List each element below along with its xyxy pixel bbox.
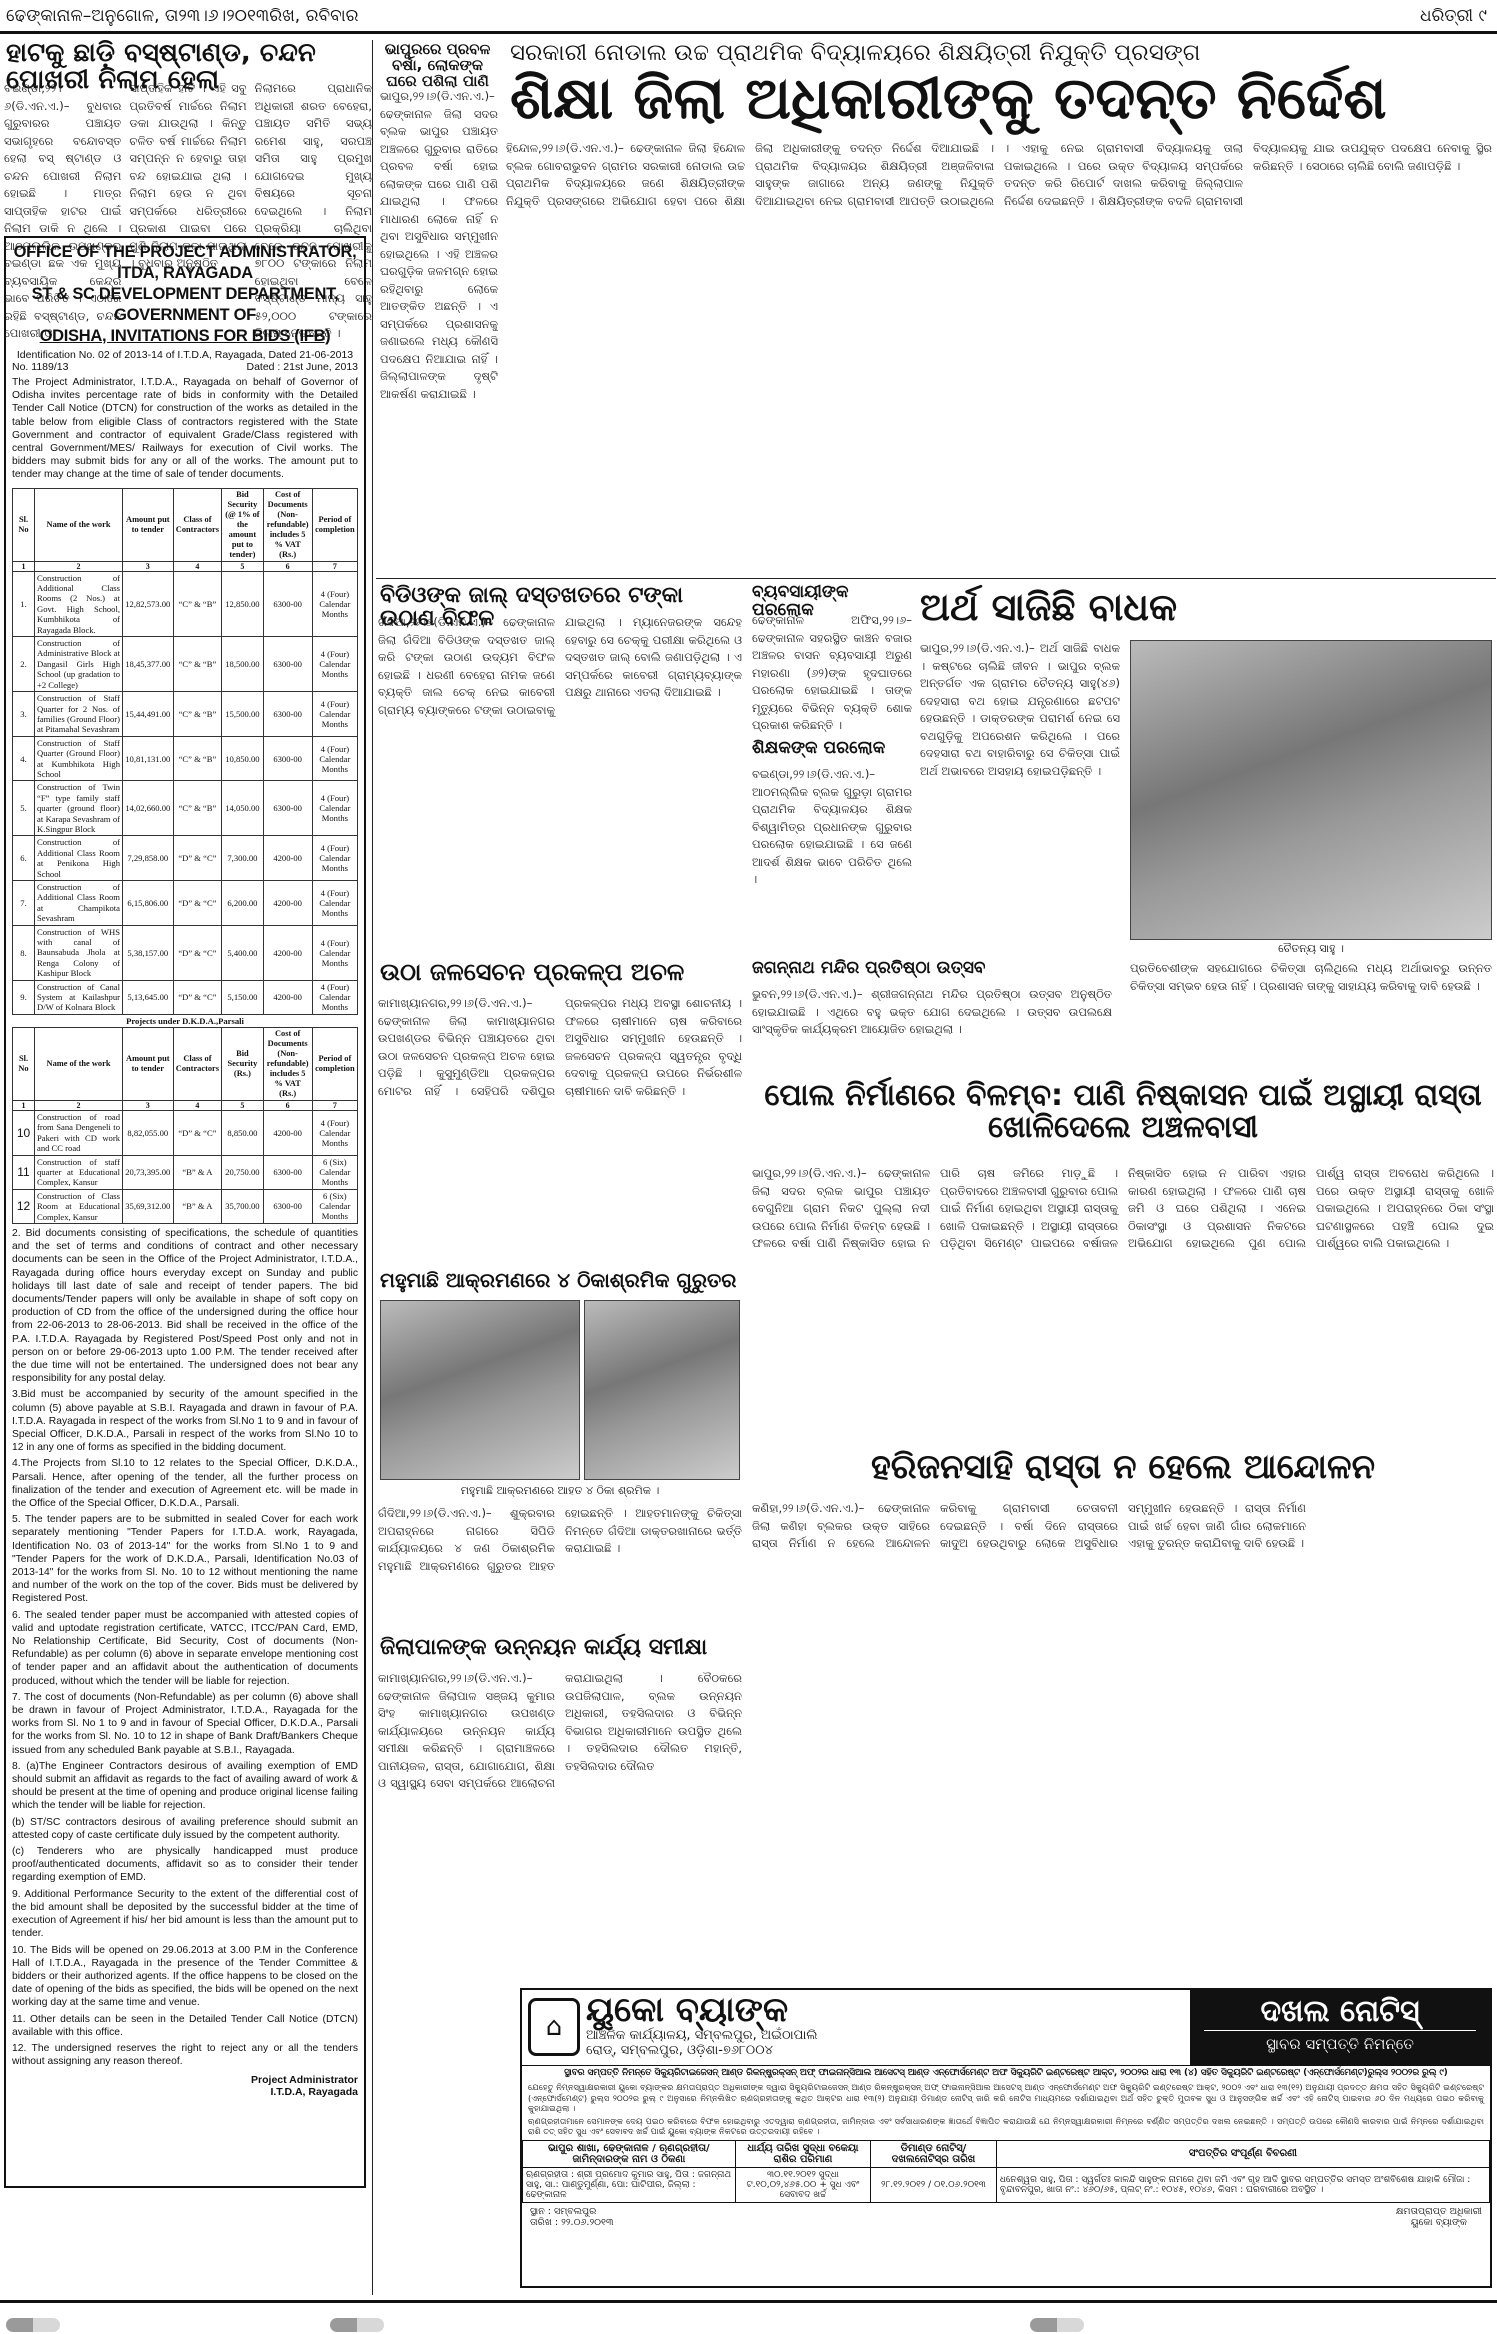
section-title: Projects under D.K.D.A.,Parsali bbox=[13, 1014, 358, 1027]
notice-para-1: ଯେହେତୁ ନିମ୍ନସ୍ୱାକ୍ଷରକାରୀ ୟୁକୋ ବ୍ୟାଙ୍କର କ… bbox=[522, 2081, 1490, 2115]
bank-address-2: ରୋଡ୍, ସମ୍ବଲପୁର, ଓଡ଼ିଶା-୭୬୮୦୦୪ bbox=[586, 2043, 818, 2058]
cell-amount: 14,02,660.00 bbox=[123, 781, 174, 836]
cell-class: “C” & “B” bbox=[173, 736, 222, 781]
cell-class: “D” & “C” bbox=[173, 881, 222, 926]
col-header: Name of the work bbox=[35, 488, 123, 561]
story1-body: ବଇଣ୍ଡା,୨୨।୬(ଡି.ଏନ.ଏ.)– ବୁଧବାର ଗୁରୁବାରର ପ… bbox=[4, 80, 372, 230]
table-header-row-2: Sl. No Name of the work Amount put to te… bbox=[13, 1027, 358, 1100]
signature-title: Project Administrator bbox=[12, 2074, 358, 2086]
cell-amount: 15,44,491.00 bbox=[123, 692, 174, 737]
place-date: ସ୍ଥାନ : ସମ୍ବଲପୁର ତାରିଖ : ୨୨.୦୬.୨୦୧୩ bbox=[530, 2206, 613, 2228]
place: ସ୍ଥାନ : ସମ୍ବଲପୁର bbox=[530, 2206, 613, 2217]
col-header: ସଂପତ୍ତିର ସଂପୂର୍ଣ୍ଣ ବିବରଣୀ bbox=[996, 2140, 1489, 2167]
table-row: 12Construction of Class Room at Educatio… bbox=[13, 1189, 358, 1223]
tender-ref-row: No. 1189/13 Dated : 21st June, 2013 bbox=[12, 361, 358, 373]
notice-table-row: ଋଣଗ୍ରହୀତା : ଶ୍ରୀ ପ୍ରମୋଦ କୁମାର ସାହୁ, ପିତା… bbox=[523, 2167, 1490, 2202]
notice-subtitle: ସ୍ଥାବର ସମ୍ପତ୍ତି ନିମନ୍ତେ bbox=[1190, 2031, 1490, 2057]
cell-cost: 6300-00 bbox=[263, 736, 312, 781]
story11-photo-1 bbox=[380, 1300, 580, 1480]
tender-clause: 10. The Bids will be opened on 29.06.201… bbox=[12, 1944, 358, 2010]
story13-text: କଣିହା,୨୨।୬(ଡି.ଏନ.ଏ.)– ଢେଙ୍କାନାଳ ଜିଲା କଣି… bbox=[752, 1500, 1306, 1553]
cell-period: 4 (Four) Calendar Months bbox=[312, 881, 357, 926]
cell-name: Construction of road from Sana Dengeneli… bbox=[35, 1110, 123, 1155]
story1-col2: ସାପ୍ତାହିକ ହାଟ । ଏହି ସବୁ ପ୍ରତିବର୍ଷ ମାର୍ଚ୍… bbox=[129, 80, 246, 230]
cell-class: “C” & “B” bbox=[173, 637, 222, 692]
story1-col3: ନିଲାମରେ ପ୍ରାଧାନିକ ଅଧିକାରୀ ଶରତ ବେହେରା, ପଞ… bbox=[255, 80, 372, 230]
authority: କ୍ଷମତାପ୍ରାପ୍ତ ଅଧିକାରୀ ୟୁକୋ ବ୍ୟାଙ୍କ bbox=[1396, 2206, 1482, 2228]
cell-sl: 8. bbox=[13, 925, 35, 980]
col-num: 6 bbox=[263, 561, 312, 571]
col-header: Class of Contractors bbox=[173, 1027, 222, 1100]
cell-security: 10,850.00 bbox=[222, 736, 263, 781]
cell-sl: 3. bbox=[13, 692, 35, 737]
story3-kicker: ସରକାରୀ ନୋଡାଲ ଉଚ୍ଚ ପ୍ରାଥମିକ ବିଦ୍ୟାଳୟରେ ଶି… bbox=[510, 40, 1495, 66]
story7-caption: ଚୈତନ୍ୟ ସାହୁ । bbox=[1130, 942, 1492, 956]
cell-amount: 7,29,858.00 bbox=[123, 836, 174, 881]
notice-footer: ସ୍ଥାନ : ସମ୍ବଲପୁର ତାରିଖ : ୨୨.୦୬.୨୦୧୩ କ୍ଷମ… bbox=[522, 2203, 1490, 2231]
cell-name: Construction of Staff Quarter for 2 Nos.… bbox=[35, 692, 123, 737]
story7-body: ଭାପୁର,୨୨।୬(ଡି.ଏନ.ଏ.)– ଅର୍ଥ ସାଜିଛି ବାଧକ ।… bbox=[920, 640, 1120, 940]
cell-sl: 12 bbox=[13, 1189, 35, 1223]
edition-date: ଢେଙ୍କାନାଳ–ଅନୁଗୋଳ, ତା୨୩।୬।୨୦୧୩ରିଖ, ରବିବାର bbox=[6, 6, 358, 26]
story4-text: ଗଁଦିଆ,୨୨।୬(ଡି.ଏନ.ଏ.)– ଢେଙ୍କାନାଳ ଜିଲା ଗଁଦ… bbox=[378, 614, 742, 719]
bank-identity: ୟୁକୋ ବ୍ୟାଙ୍କ ଆଞ୍ଚଳିକ କାର୍ଯ୍ୟାଳୟ, ସମ୍ବଲପୁ… bbox=[586, 1990, 818, 2065]
cell-security: 12,850.00 bbox=[222, 571, 263, 636]
col-header: Cost of Documents (Non-refundable) inclu… bbox=[263, 1027, 312, 1100]
story8-body: କାମାଖ୍ୟାନଗର,୨୨।୬(ଡି.ଏନ.ଏ.)– ଢେଙ୍କାନାଳ ଜି… bbox=[378, 995, 742, 1265]
column-number-row: 1 2 3 4 5 6 7 bbox=[13, 561, 358, 571]
cell-security: 6,200.00 bbox=[222, 881, 263, 926]
story13-headline: ହରିଜନସାହି ରାସ୍ତା ନ ହେଲେ ଆନ୍ଦୋଳନ bbox=[752, 1450, 1494, 1486]
table-row: 9.Construction of Canal System at Kailas… bbox=[13, 980, 358, 1014]
col-header: Period of completion bbox=[312, 488, 357, 561]
cell-period: 4 (Four) Calendar Months bbox=[312, 571, 357, 636]
tender-clause: 4.The Projects from Sl.10 to 12 relates … bbox=[12, 1457, 358, 1510]
bank-logo-icon: ⌂ bbox=[528, 1998, 580, 2056]
tender-clause: (b) ST/SC contractors desirous of availi… bbox=[12, 1816, 358, 1842]
story10-text: ଭାପୁର,୨୨।୬(ଡି.ଏନ.ଏ.)– ଢେଙ୍କାନାଳ ଜିଲା ସଦର… bbox=[752, 1165, 1494, 1253]
bank-header: ⌂ ୟୁକୋ ବ୍ୟାଙ୍କ ଆଞ୍ଚଳିକ କାର୍ଯ୍ୟାଳୟ, ସମ୍ବଲ… bbox=[522, 1990, 1490, 2066]
cell-sl: 5. bbox=[13, 781, 35, 836]
bank-name: ୟୁକୋ ବ୍ୟାଙ୍କ bbox=[586, 1992, 818, 2028]
story11-text: ଗଁଦିଆ,୨୨।୬(ଡି.ଏନ.ଏ.)– ଶୁକ୍ରବାର ଅପରାହ୍ନରେ… bbox=[378, 1505, 742, 1575]
cell-sl: 6. bbox=[13, 836, 35, 881]
col-header: Bid Security (@ 1% of the amount put to … bbox=[222, 488, 263, 561]
cell-period: 6 (Six) Calendar Months bbox=[312, 1155, 357, 1189]
cell-cost: 6300-00 bbox=[263, 781, 312, 836]
tender-ref-no: No. 1189/13 bbox=[12, 361, 68, 373]
story11-body: ଗଁଦିଆ,୨୨।୬(ଡି.ଏନ.ଏ.)– ଶୁକ୍ରବାର ଅପରାହ୍ନରେ… bbox=[378, 1505, 742, 1630]
cell-period: 4 (Four) Calendar Months bbox=[312, 836, 357, 881]
cell-name: Construction of Staff Quarter (Ground Fl… bbox=[35, 736, 123, 781]
tender-title-3-text: ODISHA, INVITATIONS FOR BIDS (IFB) bbox=[40, 327, 331, 345]
tender-clause: 7. The cost of documents (Non-Refundable… bbox=[12, 1691, 358, 1757]
col-num: 3 bbox=[123, 561, 174, 571]
tender-identification: Identification No. 02 of 2013-14 of I.T.… bbox=[12, 349, 358, 361]
cell-period: 6 (Six) Calendar Months bbox=[312, 1189, 357, 1223]
notice-table-header: ଭାପୁର ଶାଖା, ଢେଙ୍କାନାଳ / ଋଣଗ୍ରହୀତା/ଜାମିନ୍… bbox=[523, 2140, 1490, 2167]
column-divider bbox=[372, 40, 373, 2295]
col-num: 2 bbox=[35, 561, 123, 571]
cell-cost: 4200-00 bbox=[263, 925, 312, 980]
cell-period: 4 (Four) Calendar Months bbox=[312, 1110, 357, 1155]
cell-period: 4 (Four) Calendar Months bbox=[312, 925, 357, 980]
story8-headline: ଉଠା ଜଳସେଚନ ପ୍ରକଳ୍ପ ଅଚଳ bbox=[380, 960, 740, 985]
cell-amount: 20,73,395.00 bbox=[123, 1155, 174, 1189]
col-header: Cost of Documents (Non-refundable) inclu… bbox=[263, 488, 312, 561]
cell-class: “B” & A bbox=[173, 1155, 222, 1189]
cell-name: Construction of Twin “F” type family sta… bbox=[35, 781, 123, 836]
story4-body: ଗଁଦିଆ,୨୨।୬(ଡି.ଏନ.ଏ.)– ଢେଙ୍କାନାଳ ଜିଲା ଗଁଦ… bbox=[378, 614, 742, 954]
table-row: 11Construction of staff quarter at Educa… bbox=[13, 1155, 358, 1189]
property-cell: ଧନେଶ୍ୱର ସାହୁ, ପିତା : ସ୍ୱର୍ଗତଃ କାଳନ୍ଦି ସା… bbox=[996, 2167, 1489, 2202]
cell-amount: 6,15,806.00 bbox=[123, 881, 174, 926]
table-row: 8.Construction of WHS with canal of Baun… bbox=[13, 925, 358, 980]
cell-cost: 4200-00 bbox=[263, 980, 312, 1014]
story5-body: ଢେଙ୍କାନାଳ ଅଫିସ,୨୨।୬– ଢେଙ୍କାନାଳ ସହରସ୍ଥିତ … bbox=[752, 612, 912, 732]
story2-headline: ଭାପୁରରେ ପ୍ରବଳ ବର୍ଷା, ଲୋକଙ୍କ ଘରେ ପଶିଲା ପା… bbox=[380, 42, 495, 89]
table-row: 6.Construction of Additional Class Room … bbox=[13, 836, 358, 881]
cell-security: 15,500.00 bbox=[222, 692, 263, 737]
signature-office: I.T.D.A, Rayagada bbox=[12, 2086, 358, 2098]
story7-photo bbox=[1130, 640, 1492, 940]
story2-body: ଭାପୁର,୨୨।୬(ଡି.ଏନ.ଏ.)– ଢେଙ୍କାନାଳ ଜିଲା ସଦର… bbox=[380, 88, 498, 573]
col-header: Bid Security (Rs.) bbox=[222, 1027, 263, 1100]
cell-cost: 6300-00 bbox=[263, 571, 312, 636]
col-header: ଡିମାଣ୍ଡ ନୋଟିସ୍/ ଦଖଲନୋଟିସ୍‌ର ତାରିଖ bbox=[871, 2140, 997, 2167]
notice-table: ଭାପୁର ଶାଖା, ଢେଙ୍କାନାଳ / ଋଣଗ୍ରହୀତା/ଜାମିନ୍… bbox=[522, 2140, 1490, 2203]
story9-body: ଭୁବନ,୨୨।୬(ଡି.ଏନ.ଏ.)– ଶ୍ରୀଜଗନ୍ନାଥ ମନ୍ଦିର … bbox=[752, 986, 1112, 1076]
col-num: 7 bbox=[312, 1100, 357, 1110]
cell-cost: 6300-00 bbox=[263, 692, 312, 737]
cell-security: 5,400.00 bbox=[222, 925, 263, 980]
cell-sl: 4. bbox=[13, 736, 35, 781]
table-row: 4.Construction of Staff Quarter (Ground … bbox=[13, 736, 358, 781]
uco-bank-possession-notice: ⌂ ୟୁକୋ ବ୍ୟାଙ୍କ ଆଞ୍ଚଳିକ କାର୍ଯ୍ୟାଳୟ, ସମ୍ବଲ… bbox=[520, 1988, 1492, 2288]
table-row: 10Construction of road from Sana Dengene… bbox=[13, 1110, 358, 1155]
story11-headline: ମହୁମାଛି ଆକ୍ରମଣରେ ୪ ଠିକାଶ୍ରମିକ ଗୁରୁତର bbox=[380, 1270, 740, 1291]
col-num: 5 bbox=[222, 561, 263, 571]
cell-class: “C” & “B” bbox=[173, 781, 222, 836]
cell-period: 4 (Four) Calendar Months bbox=[312, 980, 357, 1014]
registration-mark bbox=[6, 2318, 60, 2332]
cell-amount: 18,45,377.00 bbox=[123, 637, 174, 692]
cell-period: 4 (Four) Calendar Months bbox=[312, 781, 357, 836]
story8-text: କାମାଖ୍ୟାନଗର,୨୨।୬(ଡି.ଏନ.ଏ.)– ଢେଙ୍କାନାଳ ଜି… bbox=[378, 995, 742, 1100]
registration-mark bbox=[1030, 2318, 1084, 2332]
tender-table-itda: Sl. No Name of the work Amount put to te… bbox=[12, 488, 358, 1224]
cell-class: “D” & “C” bbox=[173, 836, 222, 881]
cell-amount: 10,81,131.00 bbox=[123, 736, 174, 781]
story10-headline: ପୋଲ ନିର୍ମାଣରେ ବିଳମ୍ବ: ପାଣି ନିଷ୍କାସନ ପାଇଁ… bbox=[752, 1080, 1494, 1143]
tender-clause: 9. Additional Performance Security to th… bbox=[12, 1888, 358, 1941]
cell-name: Construction of staff quarter at Educati… bbox=[35, 1155, 123, 1189]
cell-cost: 4200-00 bbox=[263, 836, 312, 881]
page-bottom-rule bbox=[0, 2300, 1497, 2303]
col-num: 3 bbox=[123, 1100, 174, 1110]
notice-title-box: ଦଖଲ ନୋଟିସ୍ ସ୍ଥାବର ସମ୍ପତ୍ତି ନିମନ୍ତେ bbox=[1190, 1990, 1490, 2065]
tender-intro: The Project Administrator, I.T.D.A., Ray… bbox=[12, 376, 358, 482]
col-header: Sl. No bbox=[13, 488, 35, 561]
tender-clause: 5. The tender papers are to be submitted… bbox=[12, 1513, 358, 1605]
tender-signature: Project Administrator I.T.D.A, Rayagada bbox=[12, 2074, 358, 2098]
col-num: 4 bbox=[173, 1100, 222, 1110]
registration-mark bbox=[330, 2318, 384, 2332]
tender-notice: OFFICE OF THE PROJECT ADMINISTRATOR, ITD… bbox=[4, 236, 366, 2188]
cell-period: 4 (Four) Calendar Months bbox=[312, 692, 357, 737]
cell-security: 14,050.00 bbox=[222, 781, 263, 836]
bank-address-1: ଆଞ୍ଚଳିକ କାର୍ଯ୍ୟାଳୟ, ସମ୍ବଲପୁର, ଅଇଁଠାପାଲି bbox=[586, 2028, 818, 2043]
col-header: Class of Contractors bbox=[173, 488, 222, 561]
col-header: Period of completion bbox=[312, 1027, 357, 1100]
tender-title-2: ST & SC DEVELOPMENT DEPARTMENT, GOVERNME… bbox=[12, 284, 358, 326]
story11-photo-2 bbox=[584, 1300, 740, 1480]
story10-body: ଭାପୁର,୨୨।୬(ଡି.ଏନ.ଏ.)– ଢେଙ୍କାନାଳ ଜିଲା ସଦର… bbox=[752, 1165, 1494, 1445]
story6-headline: ଶିକ୍ଷକଙ୍କ ପରଲୋକ bbox=[752, 740, 912, 758]
cell-class: “C” & “B” bbox=[173, 571, 222, 636]
notice-title: ଦଖଲ ନୋଟିସ୍ bbox=[1204, 1994, 1476, 2031]
story3-text: ହିନ୍ଦୋଳ,୨୨।୬(ଡି.ଏନ.ଏ.)– ଢେଙ୍କାନାଳ ଜିଲା ହ… bbox=[506, 140, 1492, 210]
story7-body-2: ପ୍ରତିବେଶୀଙ୍କ ସହଯୋଗରେ ଚିକିତ୍ସା ଚାଲିଥିଲେ ମ… bbox=[1130, 960, 1492, 1020]
table-row: 2.Construction of Administrative Block a… bbox=[13, 637, 358, 692]
column-number-row-2: 1 2 3 4 5 6 7 bbox=[13, 1100, 358, 1110]
cell-sl: 11 bbox=[13, 1155, 35, 1189]
cell-sl: 9. bbox=[13, 980, 35, 1014]
dates-cell: ୨୮.୧୨.୨୦୧୨ / ୦୧.୦୬.୨୦୧୩ bbox=[871, 2167, 997, 2202]
cell-period: 4 (Four) Calendar Months bbox=[312, 637, 357, 692]
cell-amount: 12,82,573.00 bbox=[123, 571, 174, 636]
tender-clause: 2. Bid documents consisting of specifica… bbox=[12, 1227, 358, 1385]
notice-lead: ସ୍ଥାବର ସମ୍ପତ୍ତି ନିମନ୍ତେ ସିକ୍ୟୁରିଟାଇଜେସନ୍… bbox=[522, 2066, 1490, 2081]
cell-amount: 5,38,157.00 bbox=[123, 925, 174, 980]
cell-name: Construction of Additional Class Rooms (… bbox=[35, 571, 123, 636]
outstanding-cell: ୩୦.୧୧.୨୦୧୨ ସୁଦ୍ଧା ଟ.୧୦,୦୨,୪୬୫.୦୦ + ସୁଧ ଏ… bbox=[735, 2167, 870, 2202]
col-num: 7 bbox=[312, 561, 357, 571]
story13-body: କଣିହା,୨୨।୬(ଡି.ଏନ.ଏ.)– ଢେଙ୍କାନାଳ ଜିଲା କଣି… bbox=[752, 1500, 1494, 1980]
cell-security: 20,750.00 bbox=[222, 1155, 263, 1189]
story3-headline: ଶିକ୍ଷା ଜିଲା ଅଧିକାରୀଙ୍କୁ ତଦନ୍ତ ନିର୍ଦ୍ଦେଶ bbox=[510, 68, 1495, 129]
col-num: 1 bbox=[13, 1100, 35, 1110]
story3-body: ହିନ୍ଦୋଳ,୨୨।୬(ଡି.ଏନ.ଏ.)– ଢେଙ୍କାନାଳ ଜିଲା ହ… bbox=[506, 140, 1492, 572]
tender-title-1: OFFICE OF THE PROJECT ADMINISTRATOR, ITD… bbox=[12, 242, 358, 284]
tender-clause: (c) Tenderers who are physically handica… bbox=[12, 1845, 358, 1885]
tender-ref-date: Dated : 21st June, 2013 bbox=[247, 361, 359, 373]
story7-headline: ଅର୍ଥ ସାଜିଛି ବାଧକ bbox=[920, 588, 1495, 628]
cell-sl: 2. bbox=[13, 637, 35, 692]
story11-caption: ମହୁମାଛି ଆକ୍ରମଣରେ ଆହତ ୪ ଠିକା ଶ୍ରମିକ । bbox=[380, 1484, 740, 1498]
cell-security: 18,500.00 bbox=[222, 637, 263, 692]
divider bbox=[376, 578, 1496, 579]
col-header: Name of the work bbox=[35, 1027, 123, 1100]
cell-sl: 10 bbox=[13, 1110, 35, 1155]
cell-class: “D” & “C” bbox=[173, 1110, 222, 1155]
tender-title-3: ODISHA, INVITATIONS FOR BIDS (IFB) bbox=[12, 326, 358, 347]
story12-text: କାମାଖ୍ୟାନଗର,୨୨।୬(ଡି.ଏନ.ଏ.)– ଢେଙ୍କାନାଳ ଜି… bbox=[378, 1670, 742, 1793]
col-num: 1 bbox=[13, 561, 35, 571]
date: ତାରିଖ : ୨୨.୦୬.୨୦୧୩ bbox=[530, 2217, 613, 2228]
page-number: ଧରିତ୍ରୀ ୯ bbox=[1420, 6, 1487, 26]
cell-name: Construction of Class Room at Educationa… bbox=[35, 1189, 123, 1223]
col-num: 6 bbox=[263, 1100, 312, 1110]
col-header: Sl. No bbox=[13, 1027, 35, 1100]
table-row: 1.Construction of Additional Class Rooms… bbox=[13, 571, 358, 636]
cell-security: 7,300.00 bbox=[222, 836, 263, 881]
cell-sl: 7. bbox=[13, 881, 35, 926]
cell-cost: 6300-00 bbox=[263, 637, 312, 692]
table-row: 5.Construction of Twin “F” type family s… bbox=[13, 781, 358, 836]
cell-cost: 6300-00 bbox=[263, 1155, 312, 1189]
authority-title: କ୍ଷମତାପ୍ରାପ୍ତ ଅଧିକାରୀ bbox=[1396, 2206, 1482, 2217]
cell-class: “D” & “C” bbox=[173, 980, 222, 1014]
authority-bank: ୟୁକୋ ବ୍ୟାଙ୍କ bbox=[1396, 2217, 1482, 2228]
cell-class: “C” & “B” bbox=[173, 692, 222, 737]
tender-clauses: 2. Bid documents consisting of specifica… bbox=[12, 1227, 358, 2068]
cell-cost: 4200-00 bbox=[263, 881, 312, 926]
cell-security: 5,150.00 bbox=[222, 980, 263, 1014]
col-header: Amount put to tender bbox=[123, 1027, 174, 1100]
cell-name: Construction of Additional Class Room at… bbox=[35, 881, 123, 926]
col-header: ଧାର୍ଯ୍ୟ ତାରିଖ ସୁଦ୍ଧା ବକେୟା ରାଶିର ପରିମାଣ bbox=[735, 2140, 870, 2167]
story6-body: ବଇଣ୍ଡା,୨୨।୬(ଡି.ଏନ.ଏ.)– ଆଠମଲ୍ଲିକ ବ୍ଲକ ଗୁର… bbox=[752, 766, 912, 936]
cell-sl: 1. bbox=[13, 571, 35, 636]
cell-amount: 35,69,312.00 bbox=[123, 1189, 174, 1223]
tender-clause: 8. (a)The Engineer Contractors desirous … bbox=[12, 1760, 358, 1813]
cell-class: “B” & A bbox=[173, 1189, 222, 1223]
cell-name: Construction of Administrative Block at … bbox=[35, 637, 123, 692]
story1-col1: ବଇଣ୍ଡା,୨୨।୬(ଡି.ଏନ.ଏ.)– ବୁଧବାର ଗୁରୁବାରର ପ… bbox=[4, 80, 121, 230]
cell-cost: 4200-00 bbox=[263, 1110, 312, 1155]
borrower-cell: ଋଣଗ୍ରହୀତା : ଶ୍ରୀ ପ୍ରମୋଦ କୁମାର ସାହୁ, ପିତା… bbox=[523, 2167, 736, 2202]
cell-name: Construction of Additional Class Room at… bbox=[35, 836, 123, 881]
table-row: 7.Construction of Additional Class Room … bbox=[13, 881, 358, 926]
tender-clause: 3.Bid must be accompanied by security of… bbox=[12, 1388, 358, 1454]
cell-cost: 6300-00 bbox=[263, 1189, 312, 1223]
tender-clause: 11. Other details can be seen in the Det… bbox=[12, 2013, 358, 2039]
cell-amount: 8,82,055.00 bbox=[123, 1110, 174, 1155]
cell-name: Construction of WHS with canal of Baunsa… bbox=[35, 925, 123, 980]
table-row: 3.Construction of Staff Quarter for 2 No… bbox=[13, 692, 358, 737]
col-num: 5 bbox=[222, 1100, 263, 1110]
cell-class: “D” & “C” bbox=[173, 925, 222, 980]
story9-headline: ଜଗନ୍ନାଥ ମନ୍ଦିର ପ୍ରତିଷ୍ଠା ଉତ୍ସବ bbox=[752, 960, 1112, 978]
col-num: 4 bbox=[173, 561, 222, 571]
story12-headline: ଜିଲାପାଳଙ୍କ ଉନ୍ନୟନ କାର୍ଯ୍ୟ ସମୀକ୍ଷା bbox=[380, 1636, 740, 1659]
section-title-row: Projects under D.K.D.A.,Parsali bbox=[13, 1014, 358, 1027]
cell-amount: 5,13,645.00 bbox=[123, 980, 174, 1014]
notice-para-2: ଋଣଗ୍ରହୀତାମାନେ ସେମାନଙ୍କ ଦେୟ ପଇଠ କରିବାରେ ବ… bbox=[522, 2115, 1490, 2138]
cell-security: 35,700.00 bbox=[222, 1189, 263, 1223]
cell-security: 8,850.00 bbox=[222, 1110, 263, 1155]
col-num: 2 bbox=[35, 1100, 123, 1110]
tender-clause: 6. The sealed tender paper must be accom… bbox=[12, 1609, 358, 1688]
masthead: ଢେଙ୍କାନାଳ–ଅନୁଗୋଳ, ତା୨୩।୬।୨୦୧୩ରିଖ, ରବିବାର… bbox=[0, 0, 1497, 34]
cell-name: Construction of Canal System at Kailashp… bbox=[35, 980, 123, 1014]
col-header: ଭାପୁର ଶାଖା, ଢେଙ୍କାନାଳ / ଋଣଗ୍ରହୀତା/ଜାମିନ୍… bbox=[523, 2140, 736, 2167]
table-header-row: Sl. No Name of the work Amount put to te… bbox=[13, 488, 358, 561]
col-header: Amount put to tender bbox=[123, 488, 174, 561]
cell-period: 4 (Four) Calendar Months bbox=[312, 736, 357, 781]
tender-clause: 12. The undersigned reserves the right t… bbox=[12, 2042, 358, 2068]
